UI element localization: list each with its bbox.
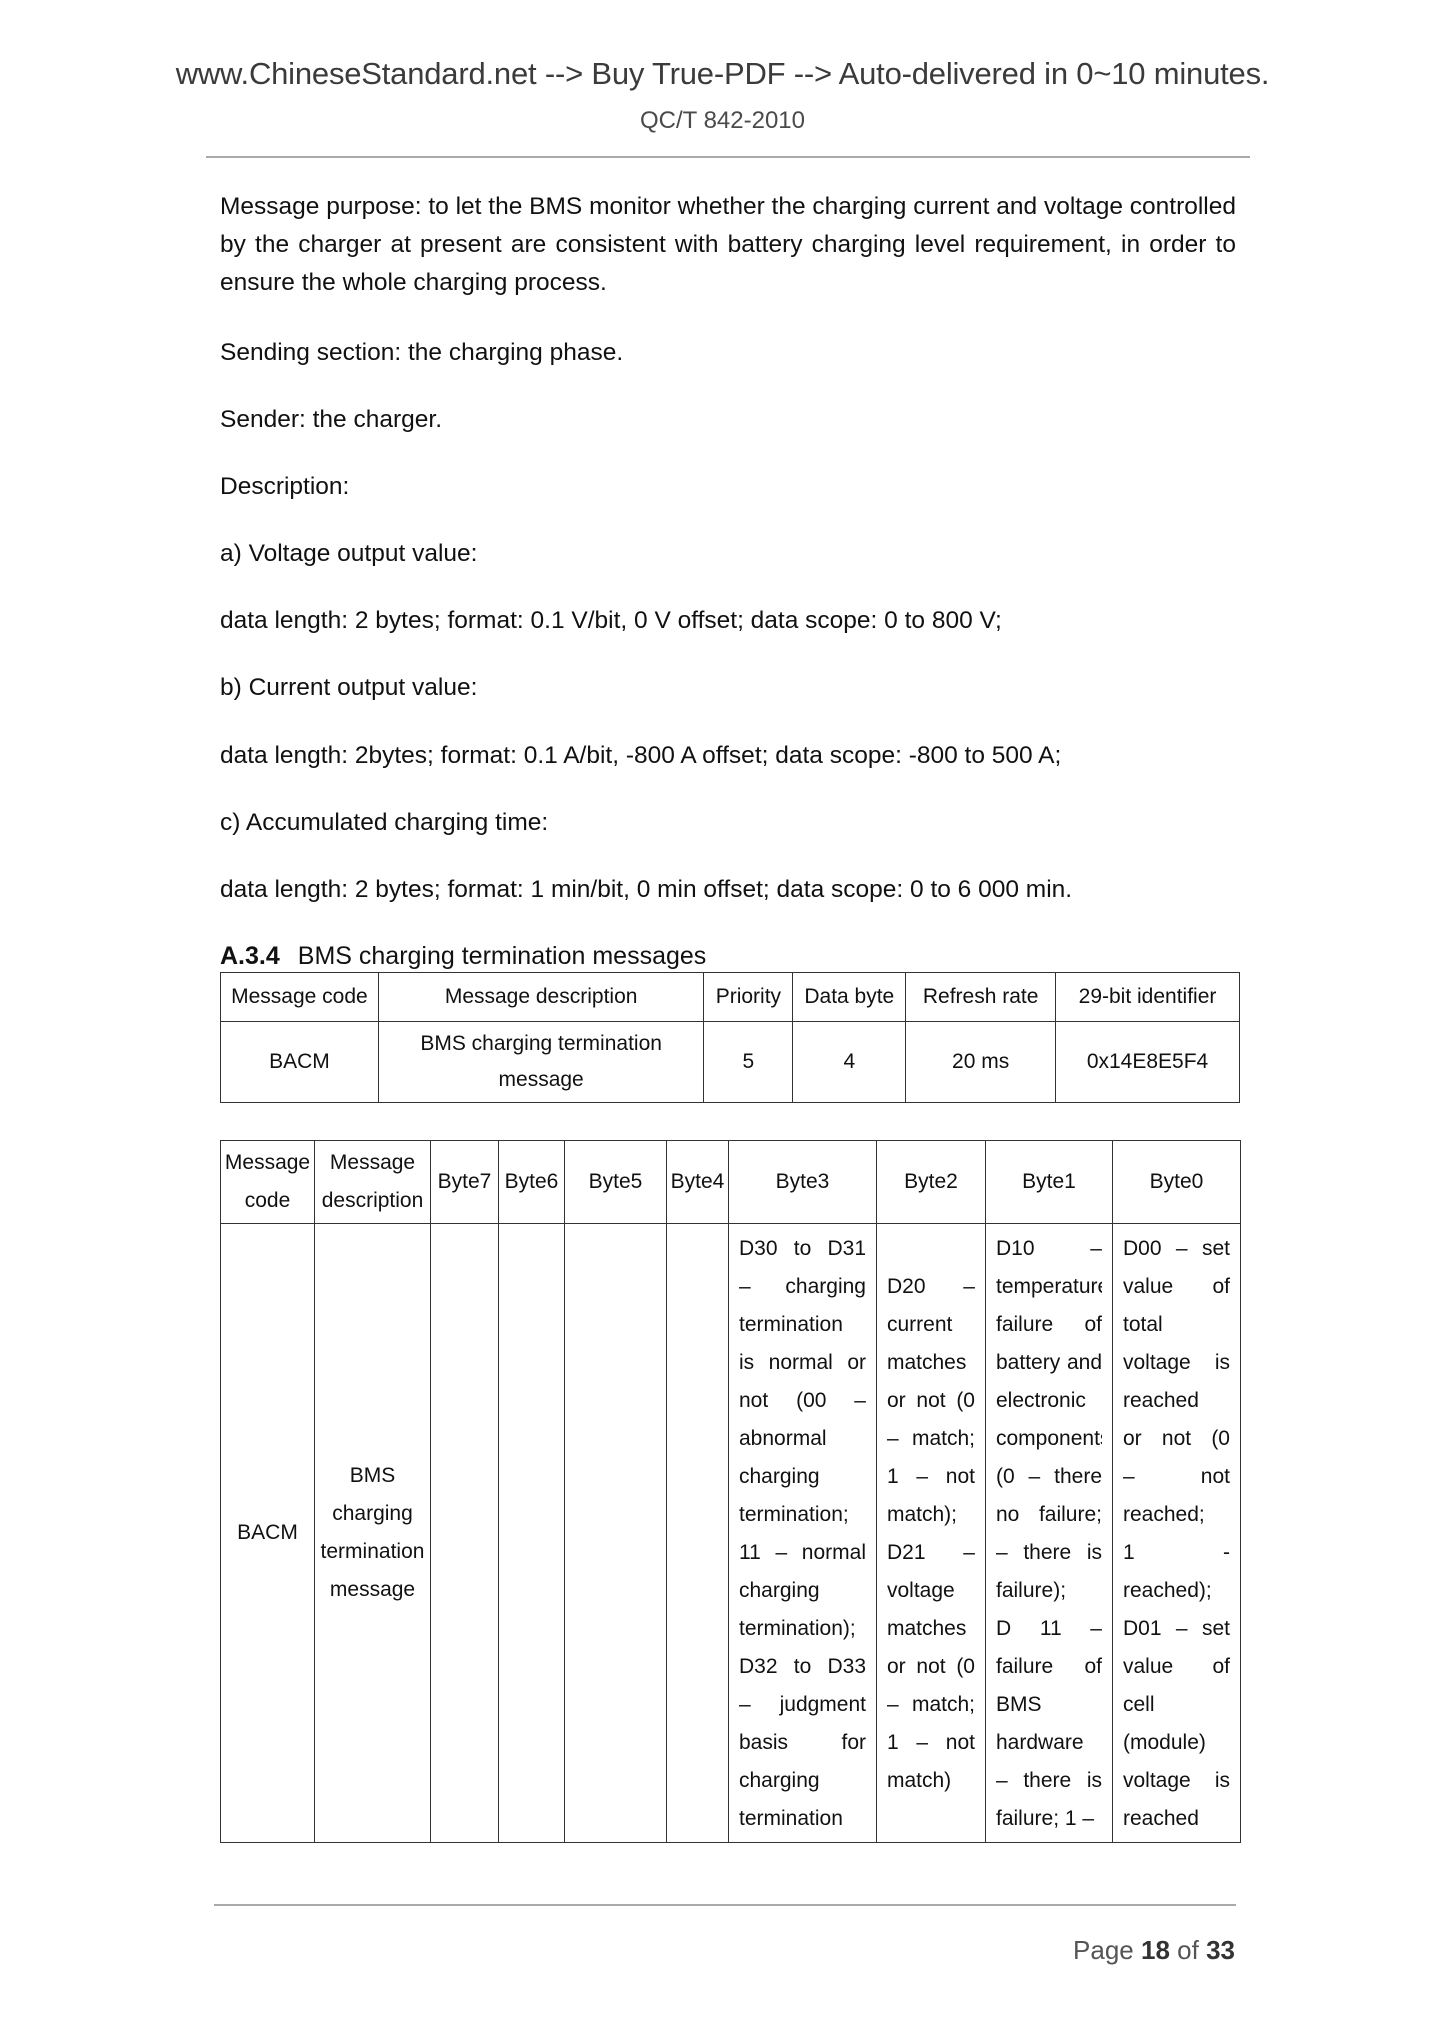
cell-line: D00 – set: [1123, 1230, 1230, 1268]
cell-line: cell: [1123, 1686, 1230, 1724]
cell-byte4: [667, 1224, 729, 1843]
page-of: of: [1177, 1935, 1199, 1965]
cell-line: – not: [1123, 1458, 1230, 1496]
cell-line: hardware (0: [996, 1724, 1102, 1762]
cell-byte7: [431, 1224, 499, 1843]
cell-line: termination: [739, 1306, 866, 1344]
cell-line: 1 – not: [887, 1458, 975, 1496]
cell-message-code: BACM: [221, 1022, 379, 1103]
cell-line: termination);: [739, 1610, 866, 1648]
header-rule: [206, 156, 1250, 158]
footer-rule: [214, 1904, 1236, 1906]
cell-line: 1 -: [1123, 1534, 1230, 1572]
header-line: description: [315, 1182, 430, 1220]
section-title: BMS charging termination messages: [298, 942, 707, 970]
cell-line: matches: [887, 1344, 975, 1382]
site-banner: www.ChineseStandard.net --> Buy True-PDF…: [0, 56, 1445, 92]
cell-line: D10 – over-: [996, 1230, 1102, 1268]
cell-line: BMS: [996, 1686, 1102, 1724]
cell-line: – charging: [739, 1268, 866, 1306]
page-current: 18: [1141, 1935, 1170, 1965]
sending-section: Sending section: the charging phase.: [220, 334, 1236, 372]
header-priority: Priority: [704, 973, 793, 1022]
desc-line: BMS: [317, 1457, 428, 1495]
cell-line: D01 – set: [1123, 1610, 1230, 1648]
cell-line: (module): [1123, 1724, 1230, 1762]
header-byte5: Byte5: [565, 1141, 667, 1224]
cell-line: reached: [1123, 1382, 1230, 1420]
cell-data-byte: 4: [793, 1022, 906, 1103]
cell-line: total: [1123, 1306, 1230, 1344]
cell-line: basis for: [739, 1724, 866, 1762]
cell-line: voltage is: [1123, 1344, 1230, 1382]
cell-line: – there is no: [996, 1762, 1102, 1800]
cell-line: components: [996, 1420, 1102, 1458]
header-byte7: Byte7: [431, 1141, 499, 1224]
cell-line: match);: [887, 1496, 975, 1534]
cell-line: voltage: [887, 1572, 975, 1610]
cell-refresh-rate: 20 ms: [906, 1022, 1056, 1103]
item-b-title: b) Current output value:: [220, 669, 1236, 707]
page-number: Page 18 of 33: [1073, 1935, 1235, 1966]
header-byte0: Byte0: [1113, 1141, 1241, 1224]
cell-line: charging: [739, 1762, 866, 1800]
desc-line: charging: [317, 1495, 428, 1533]
cell-line: voltage is: [1123, 1762, 1230, 1800]
item-b-detail: data length: 2bytes; format: 0.1 A/bit, …: [220, 737, 1236, 775]
cell-line: 1 – not: [887, 1724, 975, 1762]
sender: Sender: the charger.: [220, 401, 1236, 439]
cell-line: D 11 –: [996, 1610, 1102, 1648]
standard-code: QC/T 842-2010: [0, 107, 1445, 135]
table-row: BACM BMS charging termination message D3…: [221, 1224, 1241, 1843]
cell-line: is normal or: [739, 1344, 866, 1382]
cell-line: – match;: [887, 1686, 975, 1724]
cell-line: matches: [887, 1610, 975, 1648]
section-number: A.3.4: [220, 942, 280, 970]
header-byte2: Byte2: [877, 1141, 986, 1224]
cell-line: (0 – there is: [996, 1458, 1102, 1496]
cell-line: – there is: [996, 1534, 1102, 1572]
cell-byte6: [499, 1224, 565, 1843]
cell-line: match): [887, 1762, 975, 1800]
cell-line: failure; 1 –: [996, 1800, 1102, 1838]
message-summary-table: Message code Message description Priorit…: [220, 972, 1240, 1103]
cell-line: abnormal: [739, 1420, 866, 1458]
page-label: Page: [1073, 1935, 1134, 1965]
cell-line: no failure; 1: [996, 1496, 1102, 1534]
cell-line: failure of: [996, 1306, 1102, 1344]
cell-line: value of: [1123, 1268, 1230, 1306]
cell-line: or not (0: [1123, 1420, 1230, 1458]
cell-byte3: D30 to D31– chargingterminationis normal…: [729, 1224, 877, 1843]
cell-line: [887, 1230, 975, 1268]
cell-line: D20 –: [887, 1268, 975, 1306]
cell-line: charging: [739, 1458, 866, 1496]
item-a-title: a) Voltage output value:: [220, 535, 1236, 573]
cell-line: current: [887, 1306, 975, 1344]
cell-line: reached: [1123, 1800, 1230, 1838]
cell-line: electronic: [996, 1382, 1102, 1420]
table-header-row: Message code Message description Byte7 B…: [221, 1141, 1241, 1224]
cell-line: 11 – normal: [739, 1534, 866, 1572]
cell-line: D32 to D33: [739, 1648, 866, 1686]
item-c-detail: data length: 2 bytes; format: 1 min/bit,…: [220, 871, 1236, 909]
cell-line: – judgment: [739, 1686, 866, 1724]
cell-line: or not (0: [887, 1382, 975, 1420]
header-identifier: 29-bit identifier: [1056, 973, 1240, 1022]
cell-line: termination: [739, 1800, 866, 1838]
header-line: Message: [315, 1144, 430, 1182]
cell-line: D21 –: [887, 1534, 975, 1572]
cell-line: D30 to D31: [739, 1230, 866, 1268]
cell-line: charging: [739, 1572, 866, 1610]
cell-line: reached);: [1123, 1572, 1230, 1610]
cell-line: – match;: [887, 1420, 975, 1458]
section-heading: A.3.4BMS charging termination messages: [220, 942, 706, 971]
cell-byte0: D00 – setvalue oftotalvoltage isreachedo…: [1113, 1224, 1241, 1843]
cell-line: or not (0: [887, 1648, 975, 1686]
cell-line: value of: [1123, 1648, 1230, 1686]
table-header-row: Message code Message description Priorit…: [221, 973, 1240, 1022]
cell-line: termination;: [739, 1496, 866, 1534]
cell-identifier: 0x14E8E5F4: [1056, 1022, 1240, 1103]
cell-line: failure of: [996, 1648, 1102, 1686]
desc-line: message: [317, 1571, 428, 1609]
cell-priority: 5: [704, 1022, 793, 1103]
cell-line: not (00 –: [739, 1382, 866, 1420]
cell-line: failure);: [996, 1572, 1102, 1610]
header-byte6: Byte6: [499, 1141, 565, 1224]
header-message-description: Message description: [315, 1141, 431, 1224]
cell-message-code: BACM: [221, 1224, 315, 1843]
cell-line: reached;: [1123, 1496, 1230, 1534]
cell-byte5: [565, 1224, 667, 1843]
page-total: 33: [1206, 1935, 1235, 1965]
cell-message-description: BMS charging termination message: [378, 1022, 704, 1103]
header-byte1: Byte1: [986, 1141, 1113, 1224]
message-purpose: Message purpose: to let the BMS monitor …: [220, 188, 1236, 302]
header-message-code: Message code: [221, 973, 379, 1022]
header-refresh-rate: Refresh rate: [906, 973, 1056, 1022]
cell-byte1: D10 – over-temperaturefailure ofbattery …: [986, 1224, 1113, 1843]
cell-message-description: BMS charging termination message: [315, 1224, 431, 1843]
header-byte3: Byte3: [729, 1141, 877, 1224]
header-message-description: Message description: [378, 973, 704, 1022]
table-row: BACM BMS charging termination message 5 …: [221, 1022, 1240, 1103]
description-line: BMS charging termination: [381, 1026, 702, 1062]
cell-byte2: D20 –currentmatchesor not (0– match;1 – …: [877, 1224, 986, 1843]
item-a-detail: data length: 2 bytes; format: 0.1 V/bit,…: [220, 602, 1236, 640]
desc-line: termination: [317, 1533, 428, 1571]
cell-line: temperature: [996, 1268, 1102, 1306]
description-label: Description:: [220, 468, 1236, 506]
header-data-byte: Data byte: [793, 973, 906, 1022]
header-message-code: Message code: [221, 1141, 315, 1224]
header-line: Message: [221, 1144, 314, 1182]
item-c-title: c) Accumulated charging time:: [220, 804, 1236, 842]
header-byte4: Byte4: [667, 1141, 729, 1224]
header-line: code: [221, 1182, 314, 1220]
cell-line: battery and: [996, 1344, 1102, 1382]
byte-layout-table: Message code Message description Byte7 B…: [220, 1140, 1241, 1843]
description-line: message: [381, 1062, 702, 1098]
